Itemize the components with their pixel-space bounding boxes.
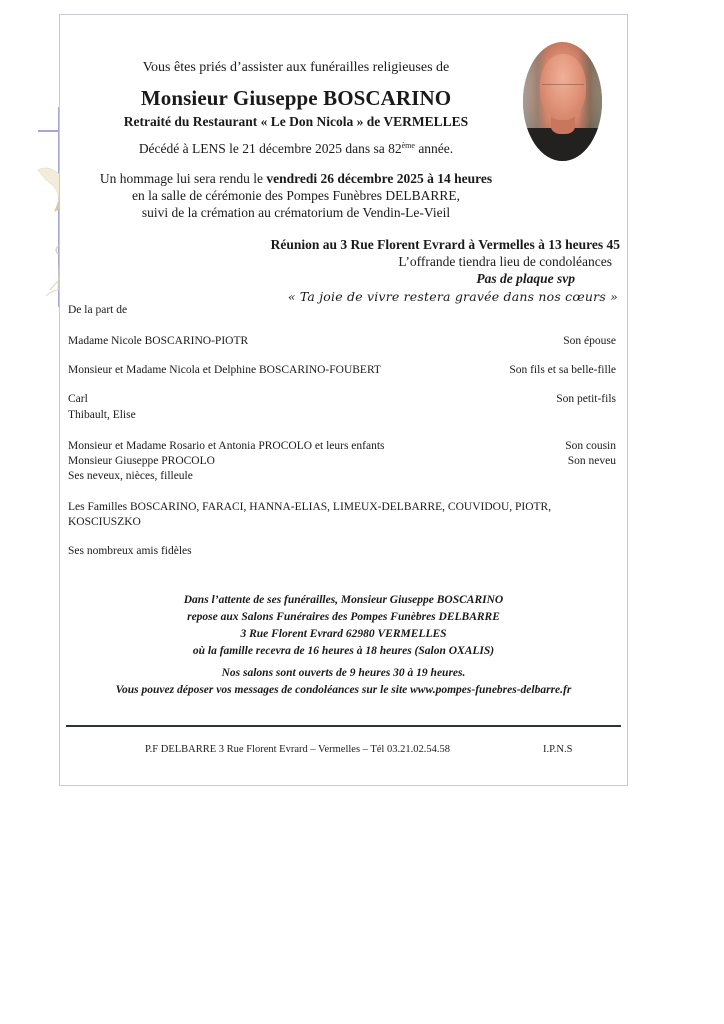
hours-line: Nos salons sont ouverts de 9 heures 30 à… [60,665,627,682]
funeral-notice-page: Vous êtes priés d’assister aux funéraill… [59,14,628,786]
family-relation: Son cousin [565,439,616,454]
website-line: Vous pouvez déposer vos messages de cond… [60,682,627,699]
opening-hours: Nos salons sont ouverts de 9 heures 30 à… [60,665,627,699]
family-relation: Son petit-fils [556,392,616,407]
family-name: Ses nombreux amis fidèles [68,545,192,557]
family-heading: De la part de [68,303,616,318]
footer-divider [66,725,621,727]
footer-ipns: I.P.N.S [543,744,572,755]
family-list: De la part de Madame Nicole BOSCARINO-PI… [68,15,616,575]
family-entry: Ses nombreux amis fidèles [68,544,616,559]
family-name: Ses neveux, nièces, filleule [68,470,193,482]
funeral-home-details: Dans l’attente de ses funérailles, Monsi… [60,592,627,660]
family-entry: Les Familles BOSCARINO, FARACI, HANNA-EL… [68,500,616,515]
family-name: Monsieur Giuseppe PROCOLO [68,455,215,467]
family-entry: Monsieur et Madame Rosario et Antonia PR… [68,439,616,454]
closing-line: 3 Rue Florent Evrard 62980 VERMELLES [60,626,627,643]
family-name: Monsieur et Madame Nicola et Delphine BO… [68,364,381,376]
family-relation: Son neveu [568,454,616,469]
family-entry: KOSCIUSZKO [68,515,616,530]
family-heading-text: De la part de [68,304,127,316]
family-entry: Carl Son petit-fils [68,392,616,407]
family-name: Carl [68,393,88,405]
closing-line: où la famille recevra de 16 heures à 18 … [60,643,627,660]
closing-line: Dans l’attente de ses funérailles, Monsi… [60,592,627,609]
family-entry: Monsieur Giuseppe PROCOLO Son neveu [68,454,616,469]
family-name: Les Familles BOSCARINO, FARACI, HANNA-EL… [68,501,551,513]
family-name: Thibault, Elise [68,409,136,421]
footer-address: P.F DELBARRE 3 Rue Florent Evrard – Verm… [145,744,450,755]
family-entry: Madame Nicole BOSCARINO-PIOTR Son épouse [68,334,616,349]
family-entry: Thibault, Elise [68,408,616,423]
family-relation: Son fils et sa belle-fille [509,363,616,378]
family-relation: Son épouse [563,334,616,349]
closing-line: repose aux Salons Funéraires des Pompes … [60,609,627,626]
family-name: Monsieur et Madame Rosario et Antonia PR… [68,440,385,452]
family-entry: Ses neveux, nièces, filleule [68,469,616,484]
family-entry: Monsieur et Madame Nicola et Delphine BO… [68,363,616,378]
family-name: KOSCIUSZKO [68,516,141,528]
family-name: Madame Nicole BOSCARINO-PIOTR [68,335,248,347]
